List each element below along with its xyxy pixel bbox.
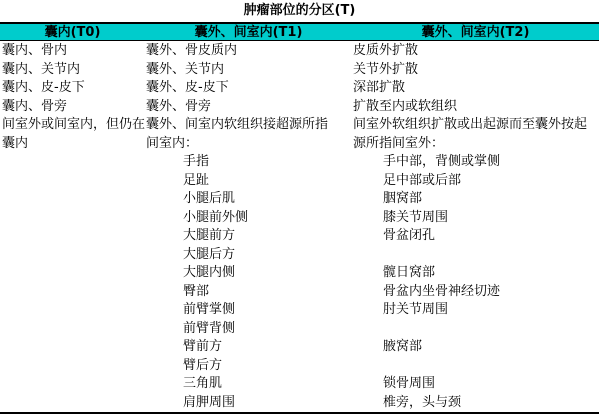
table-cell-c1 bbox=[0, 394, 145, 413]
table-cell-c1 bbox=[0, 172, 145, 191]
table-cell-c3: 膝关节周围 bbox=[352, 209, 599, 228]
table-row: 小腿前外侧膝关节周围 bbox=[0, 209, 599, 228]
table-cell-c1 bbox=[0, 338, 145, 357]
table-row: 间室外或间室内，但仍在囊外、间室内软组织接超源所指间室外软组织扩散或出起源而至囊… bbox=[0, 116, 599, 135]
table-cell-c2: 大腿内侧 bbox=[145, 264, 352, 283]
table-row: 肩胛周围椎旁，头与颈 bbox=[0, 394, 599, 413]
table-cell-c2: 足趾 bbox=[145, 172, 352, 191]
table-cell-c2: 臀部 bbox=[145, 283, 352, 302]
table-cell-c3: 深部扩散 bbox=[352, 79, 599, 98]
table-body: 囊内、骨内囊外、骨皮质内皮质外扩散囊内、关节内囊外、关节内关节外扩散囊内、皮-皮… bbox=[0, 41, 599, 414]
table-row: 囊内、骨内囊外、骨皮质内皮质外扩散 bbox=[0, 42, 599, 61]
table-row: 手指手中部，背侧或掌侧 bbox=[0, 153, 599, 172]
table-cell-c1: 囊内 bbox=[0, 135, 145, 154]
table-row: 三角肌锁骨周围 bbox=[0, 375, 599, 394]
table-row: 大腿后方 bbox=[0, 246, 599, 265]
table-cell-c3: 锁骨周围 bbox=[352, 375, 599, 394]
table-cell-c1 bbox=[0, 357, 145, 376]
table-cell-c2: 大腿前方 bbox=[145, 227, 352, 246]
table-cell-c1 bbox=[0, 227, 145, 246]
table-cell-c1: 囊内、皮-皮下 bbox=[0, 79, 145, 98]
table-cell-c1 bbox=[0, 301, 145, 320]
table-cell-c1 bbox=[0, 264, 145, 283]
table-cell-c2: 三角肌 bbox=[145, 375, 352, 394]
table-cell-c1 bbox=[0, 283, 145, 302]
table-row: 臀部骨盆内坐骨神经切迹 bbox=[0, 283, 599, 302]
table-row: 囊内、关节内囊外、关节内关节外扩散 bbox=[0, 61, 599, 80]
table-row: 囊内、皮-皮下囊外、皮-皮下深部扩散 bbox=[0, 79, 599, 98]
table-cell-c2: 囊外、骨皮质内 bbox=[145, 42, 352, 61]
table-cell-c3: 胭窝部 bbox=[352, 190, 599, 209]
table-cell-c3: 扩散至内或软组织 bbox=[352, 98, 599, 117]
page-title: 肿瘤部位的分区(T) bbox=[0, 0, 599, 22]
table-cell-c1 bbox=[0, 153, 145, 172]
table-cell-c3: 腋窝部 bbox=[352, 338, 599, 357]
table-cell-c2: 大腿后方 bbox=[145, 246, 352, 265]
table-cell-c2: 间室内： bbox=[145, 135, 352, 154]
table-cell-c2: 前臂掌侧 bbox=[145, 301, 352, 320]
table-row: 臂后方 bbox=[0, 357, 599, 376]
table-cell-c2: 小腿后肌 bbox=[145, 190, 352, 209]
classification-table: 囊内(T0) 囊外、间室内(T1) 囊外、间室内(T2) 囊内、骨内囊外、骨皮质… bbox=[0, 22, 599, 414]
table-cell-c3: 髋日窝部 bbox=[352, 264, 599, 283]
table-row: 前臂掌侧肘关节周围 bbox=[0, 301, 599, 320]
table-cell-c3: 椎旁，头与颈 bbox=[352, 394, 599, 413]
table-row: 囊内、骨旁囊外、骨旁扩散至内或软组织 bbox=[0, 98, 599, 117]
table-cell-c2: 前臂背侧 bbox=[145, 320, 352, 339]
table-cell-c2: 手指 bbox=[145, 153, 352, 172]
table-cell-c1: 囊内、关节内 bbox=[0, 61, 145, 80]
table-cell-c3 bbox=[352, 320, 599, 339]
header-cell-t1: 囊外、间室内(T1) bbox=[145, 24, 352, 40]
table-cell-c3: 间室外软组织扩散或出起源而至囊外按起 bbox=[352, 116, 599, 135]
table-cell-c2: 囊外、皮-皮下 bbox=[145, 79, 352, 98]
table-cell-c3: 肘关节周围 bbox=[352, 301, 599, 320]
table-cell-c2: 小腿前外侧 bbox=[145, 209, 352, 228]
table-header-row: 囊内(T0) 囊外、间室内(T1) 囊外、间室内(T2) bbox=[0, 24, 599, 41]
table-row: 小腿后肌胭窝部 bbox=[0, 190, 599, 209]
table-cell-c3: 皮质外扩散 bbox=[352, 42, 599, 61]
table-cell-c3 bbox=[352, 357, 599, 376]
table-row: 足趾足中部或后部 bbox=[0, 172, 599, 191]
table-cell-c1 bbox=[0, 209, 145, 228]
table-row: 大腿内侧髋日窝部 bbox=[0, 264, 599, 283]
table-cell-c1 bbox=[0, 190, 145, 209]
table-cell-c1: 囊内、骨内 bbox=[0, 42, 145, 61]
table-row: 前臂背侧 bbox=[0, 320, 599, 339]
table-cell-c1 bbox=[0, 320, 145, 339]
table-cell-c2: 臂前方 bbox=[145, 338, 352, 357]
table-cell-c2: 肩胛周围 bbox=[145, 394, 352, 413]
document-page: 肿瘤部位的分区(T) 囊内(T0) 囊外、间室内(T1) 囊外、间室内(T2) … bbox=[0, 0, 599, 418]
table-row: 臂前方腋窝部 bbox=[0, 338, 599, 357]
table-cell-c2: 囊外、间室内软组织接超源所指 bbox=[145, 116, 352, 135]
table-cell-c2: 囊外、关节内 bbox=[145, 61, 352, 80]
table-cell-c2: 囊外、骨旁 bbox=[145, 98, 352, 117]
table-row: 大腿前方骨盆闭孔 bbox=[0, 227, 599, 246]
table-cell-c1 bbox=[0, 246, 145, 265]
table-cell-c1 bbox=[0, 375, 145, 394]
table-cell-c3: 足中部或后部 bbox=[352, 172, 599, 191]
table-cell-c3: 手中部，背侧或掌侧 bbox=[352, 153, 599, 172]
table-cell-c3: 源所指间室外： bbox=[352, 135, 599, 154]
header-cell-t0: 囊内(T0) bbox=[0, 24, 145, 40]
header-cell-t2: 囊外、间室内(T2) bbox=[352, 24, 599, 40]
table-row: 囊内间室内：源所指间室外： bbox=[0, 135, 599, 154]
table-cell-c2: 臂后方 bbox=[145, 357, 352, 376]
table-cell-c3: 关节外扩散 bbox=[352, 61, 599, 80]
table-cell-c1: 囊内、骨旁 bbox=[0, 98, 145, 117]
table-cell-c1: 间室外或间室内，但仍在 bbox=[0, 116, 145, 135]
table-cell-c3: 骨盆内坐骨神经切迹 bbox=[352, 283, 599, 302]
table-cell-c3 bbox=[352, 246, 599, 265]
table-cell-c3: 骨盆闭孔 bbox=[352, 227, 599, 246]
